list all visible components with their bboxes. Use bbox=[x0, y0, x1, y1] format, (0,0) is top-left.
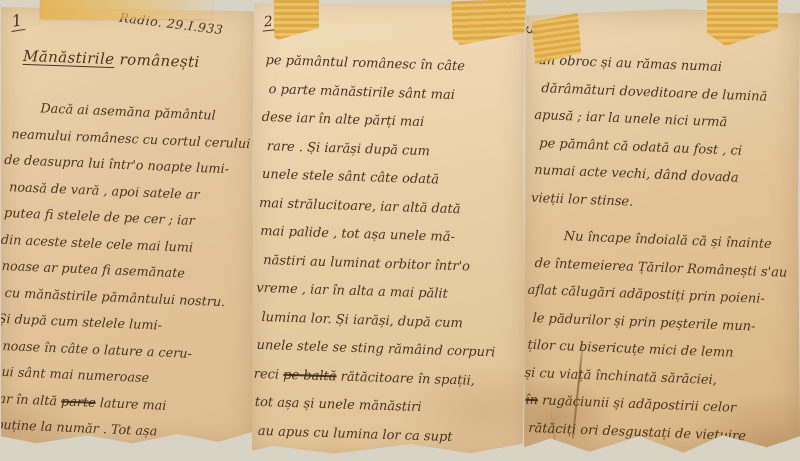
manuscript-page-2: 2 pe pământul românesc în câteo parte mă… bbox=[252, 3, 525, 455]
page-number-2: 2 bbox=[261, 14, 276, 31]
handwritten-text-page-2: pe pământul românesc în câteo parte mănă… bbox=[253, 47, 517, 454]
handwritten-text-page-3: un obroc și au rămas numaidărâmături dov… bbox=[524, 47, 793, 451]
struck-out-word: parte bbox=[61, 394, 96, 410]
manuscript-line: Mănăstirile românești bbox=[23, 47, 200, 71]
manuscript-photo: 1 Radio. 29.I.933 Mănăstirile românești … bbox=[0, 0, 800, 461]
struck-out-word: în bbox=[525, 393, 538, 408]
handwritten-text-page-1: Dacă ai asemăna pământulneamului românes… bbox=[1, 95, 251, 445]
struck-out-word: pe baltă bbox=[283, 367, 337, 384]
manuscript-page-3: 3 un obroc și au rămas numaidărâmături d… bbox=[523, 9, 800, 454]
tape-piece bbox=[40, 0, 212, 19]
page-number-1: 1 bbox=[9, 12, 26, 32]
underlined-word: Mănăstirile bbox=[23, 47, 115, 68]
page-title: Mănăstirile românești bbox=[23, 47, 200, 71]
manuscript-page-1: 1 Radio. 29.I.933 Mănăstirile românești … bbox=[1, 7, 254, 445]
